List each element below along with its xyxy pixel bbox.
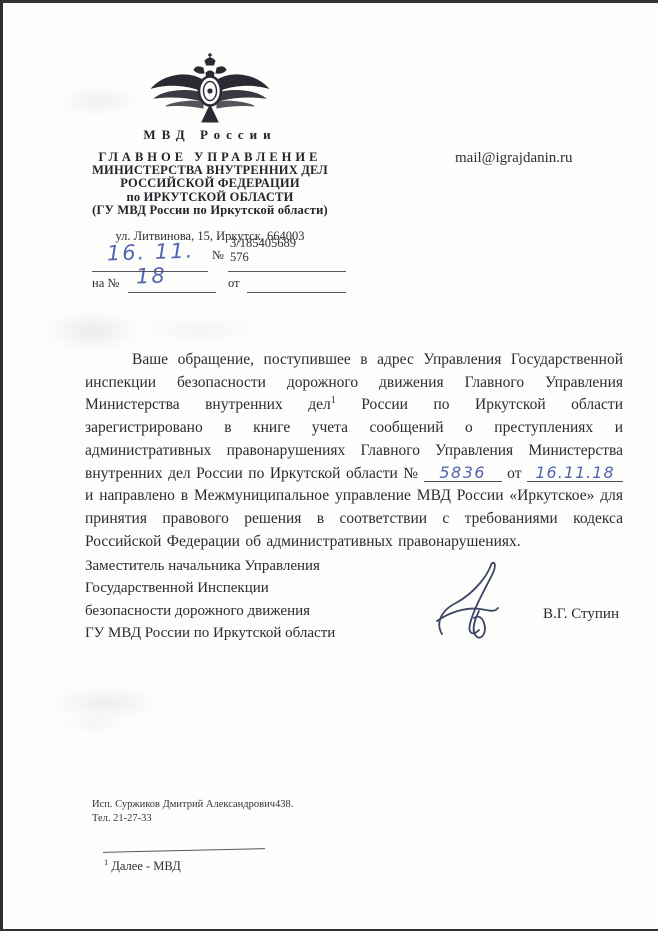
org-line: по ИРКУТСКОЙ ОБЛАСТИ xyxy=(62,191,358,204)
number-underline xyxy=(228,271,346,272)
footnote-text: Далее - МВД xyxy=(111,859,180,873)
letter-body-paragraph: Ваше обращение, поступившее в адрес Упра… xyxy=(85,349,623,553)
body-text-part3: от xyxy=(502,465,527,482)
body-text-part4: и направлено в Межмуниципальное управлен… xyxy=(85,487,623,549)
signer-position-line: Государственной Инспекции xyxy=(85,577,415,599)
footnote-marker: 1 xyxy=(104,857,108,867)
from-date-label: от xyxy=(228,276,240,291)
scan-smudge xyxy=(55,86,140,116)
executor-info: Исп. Суржиков Дмитрий Александрович438. … xyxy=(92,798,293,825)
org-line: (ГУ МВД России по Иркутской области) xyxy=(62,204,358,217)
outgoing-number-value: 3/185405689 576 xyxy=(230,237,296,264)
executor-phone: Тел. 21-27-33 xyxy=(92,812,293,826)
scanned-letter-page: МВД России ГЛАВНОЕ УПРАВЛЕНИЕ МИНИСТЕРСТ… xyxy=(0,0,658,931)
in-reply-to-label: на № xyxy=(92,276,119,291)
handwritten-signature xyxy=(432,560,524,650)
signer-position-line: Заместитель начальника Управления xyxy=(85,555,415,577)
scan-smudge xyxy=(135,316,265,342)
scan-smudge xyxy=(42,310,142,352)
organization-name-block: ГЛАВНОЕ УПРАВЛЕНИЕ МИНИСТЕРСТВА ВНУТРЕНН… xyxy=(62,151,358,217)
signer-position-line: безопасности дорожного движения xyxy=(85,600,415,622)
org-line: РОССИЙСКОЙ ФЕДЕРАЦИИ xyxy=(62,177,358,190)
in-reply-underline xyxy=(128,292,216,293)
signer-position-line: ГУ МВД России по Иркутской области xyxy=(85,622,415,644)
outgoing-number-line2: 576 xyxy=(230,251,296,265)
mvd-double-headed-eagle-emblem xyxy=(150,52,270,126)
from-date-underline xyxy=(247,292,346,293)
scan-smudge xyxy=(60,714,130,732)
executor-name: Исп. Суржиков Дмитрий Александрович438. xyxy=(92,798,293,812)
footnote-rule xyxy=(103,848,265,853)
ministry-short-title: МВД России xyxy=(70,127,350,143)
recipient-email: mail@igrajdanin.ru xyxy=(455,150,573,167)
scan-border-left xyxy=(0,0,3,931)
handwritten-registration-number: 5836 xyxy=(424,465,502,482)
scan-border-top xyxy=(0,0,658,3)
signer-position-block: Заместитель начальника Управления Госуда… xyxy=(85,555,415,645)
signer-name: В.Г. Ступин xyxy=(543,606,619,623)
outgoing-number-line1: 3/185405689 xyxy=(230,237,296,251)
handwritten-registration-date: 16.11.18 xyxy=(527,465,623,482)
footnote: 1 Далее - МВД xyxy=(104,857,181,874)
date-underline xyxy=(92,271,208,272)
number-sign-label: № xyxy=(212,248,224,263)
